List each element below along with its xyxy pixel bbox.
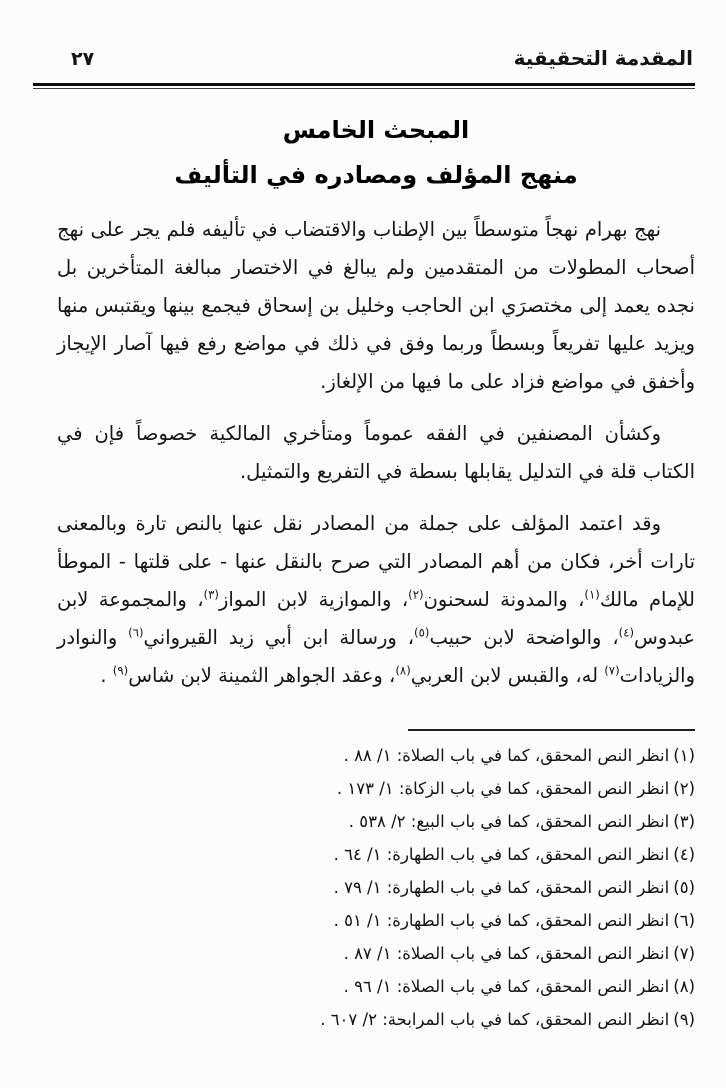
section-subtitle: منهج المؤلف ومصادره في التأليف bbox=[57, 161, 695, 189]
footnote-ref: (٧) bbox=[604, 664, 619, 678]
paragraph-text-run: ، والواضحة لابن حبيب bbox=[429, 626, 618, 649]
footnotes-list: (١)انظر النص المحقق، كما في باب الصلاة: … bbox=[57, 744, 695, 1031]
footnote-marker: (١) bbox=[673, 746, 695, 765]
footnote-text: انظر النص المحقق، كما في باب البيع: ٢/ ٥… bbox=[349, 812, 669, 831]
page-header: المقدمة التحقيقية ٢٧ bbox=[57, 46, 695, 70]
footnote-text: انظر النص المحقق، كما في باب الزكاة: ١/ … bbox=[337, 779, 669, 798]
footnote-ref: (٣) bbox=[204, 588, 219, 602]
paragraph-2: وكشأن المصنفين في الفقه عموماً ومتأخري ا… bbox=[57, 415, 695, 491]
header-divider-rule bbox=[33, 83, 695, 89]
page-number: ٢٧ bbox=[59, 48, 94, 70]
paragraph-text-run: ، والمدونة لسحنون bbox=[424, 588, 585, 611]
footnote-marker: (٣) bbox=[673, 812, 695, 831]
section-title: المبحث الخامس bbox=[57, 116, 695, 144]
footnote-text: انظر النص المحقق، كما في باب المرابحة: ٢… bbox=[320, 1010, 669, 1029]
footnote-item: (٥)انظر النص المحقق، كما في باب الطهارة:… bbox=[57, 876, 695, 899]
footnote-item: (٣)انظر النص المحقق، كما في باب البيع: ٢… bbox=[57, 810, 695, 833]
footnote-marker: (٢) bbox=[673, 779, 695, 798]
footnote-marker: (٨) bbox=[673, 977, 695, 996]
footnote-item: (٧)انظر النص المحقق، كما في باب الصلاة: … bbox=[57, 942, 695, 965]
paragraph-text-run: ، وعقد الجواهر الثمينة لابن شاس bbox=[128, 664, 395, 687]
footnote-ref: (٤) bbox=[619, 626, 634, 640]
body-text: نهج بهرام نهجاً متوسطاً بين الإطناب والا… bbox=[57, 211, 695, 695]
footnote-ref: (٥) bbox=[414, 626, 429, 640]
footnote-separator-rule bbox=[408, 729, 695, 731]
footnote-ref: (١) bbox=[584, 588, 599, 602]
footnote-text: انظر النص المحقق، كما في باب الصلاة: ١/ … bbox=[344, 746, 670, 765]
footnote-item: (٤)انظر النص المحقق، كما في باب الطهارة:… bbox=[57, 843, 695, 866]
paragraph-3: وقد اعتمد المؤلف على جملة من المصادر نقل… bbox=[57, 505, 695, 695]
footnote-text: انظر النص المحقق، كما في باب الطهارة: ١/… bbox=[334, 845, 670, 864]
paragraph-text-run: ، ورسالة ابن أبي زيد القيرواني bbox=[144, 626, 414, 649]
footnote-marker: (٤) bbox=[673, 845, 695, 864]
running-head-title: المقدمة التحقيقية bbox=[514, 46, 693, 70]
footnote-marker: (٦) bbox=[673, 911, 695, 930]
footnote-marker: (٥) bbox=[673, 878, 695, 897]
paragraph-1: نهج بهرام نهجاً متوسطاً بين الإطناب والا… bbox=[57, 211, 695, 401]
footnote-item: (٢)انظر النص المحقق، كما في باب الزكاة: … bbox=[57, 777, 695, 800]
paragraph-text-run: ، والموازية لابن المواز bbox=[219, 588, 408, 611]
footnote-item: (١)انظر النص المحقق، كما في باب الصلاة: … bbox=[57, 744, 695, 767]
footnote-ref: (٨) bbox=[395, 664, 410, 678]
paragraph-text-run: . bbox=[100, 664, 112, 687]
footnote-marker: (٩) bbox=[673, 1010, 695, 1029]
footnote-marker: (٧) bbox=[673, 944, 695, 963]
paragraph-text-run: نهج بهرام نهجاً متوسطاً بين الإطناب والا… bbox=[57, 218, 695, 393]
paragraph-text-run: له، والقبس لابن العربي bbox=[411, 664, 604, 687]
footnote-item: (٩)انظر النص المحقق، كما في باب المرابحة… bbox=[57, 1008, 695, 1031]
footnote-text: انظر النص المحقق، كما في باب الطهارة: ١/… bbox=[334, 878, 670, 897]
footnote-text: انظر النص المحقق، كما في باب الصلاة: ١/ … bbox=[344, 944, 670, 963]
book-page: المقدمة التحقيقية ٢٧ المبحث الخامس منهج … bbox=[0, 0, 726, 1088]
footnote-text: انظر النص المحقق، كما في باب الصلاة: ١/ … bbox=[344, 977, 670, 996]
paragraph-text-run: وكشأن المصنفين في الفقه عموماً ومتأخري ا… bbox=[57, 422, 695, 483]
footnote-text: انظر النص المحقق، كما في باب الطهارة: ١/… bbox=[334, 911, 670, 930]
footnote-ref: (٩) bbox=[113, 664, 128, 678]
footnote-item: (٦)انظر النص المحقق، كما في باب الطهارة:… bbox=[57, 909, 695, 932]
footnote-ref: (٦) bbox=[128, 626, 143, 640]
footnote-item: (٨)انظر النص المحقق، كما في باب الصلاة: … bbox=[57, 975, 695, 998]
footnote-ref: (٢) bbox=[408, 588, 423, 602]
